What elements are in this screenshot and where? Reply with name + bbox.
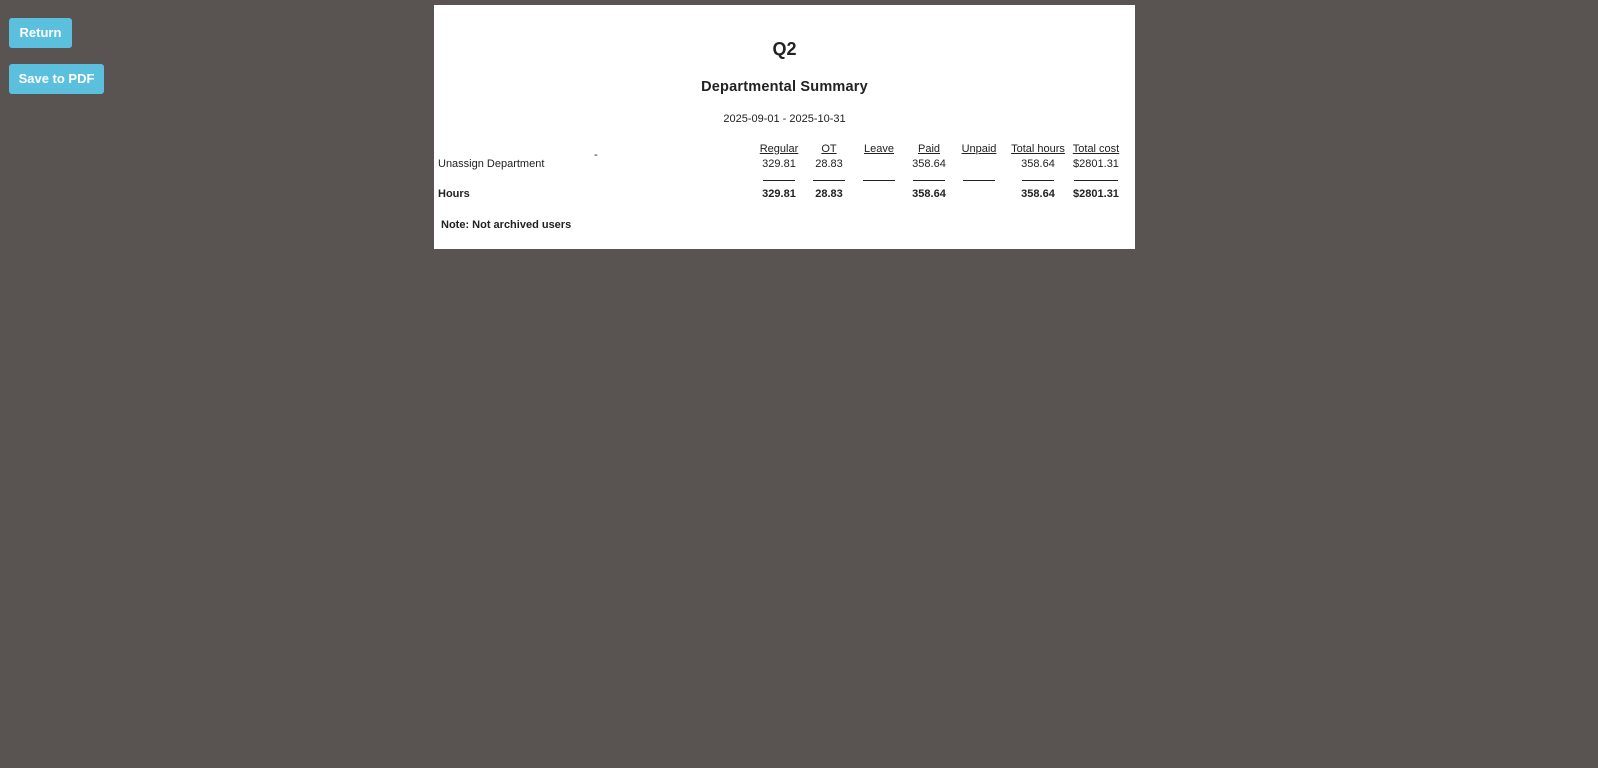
report-subtitle: Departmental Summary	[434, 79, 1135, 95]
total-rule	[813, 180, 845, 181]
save-to-pdf-button[interactable]: Save to PDF	[9, 64, 104, 94]
totals-label: Hours	[438, 188, 470, 200]
total-cell: $2801.31	[1056, 188, 1136, 200]
total-rule	[763, 180, 795, 181]
total-rule	[863, 180, 895, 181]
total-rule	[963, 180, 995, 181]
report-title: Q2	[434, 39, 1135, 60]
date-range: 2025-09-01 - 2025-10-31	[434, 113, 1135, 125]
total-cell: 358.64	[889, 188, 969, 200]
table-cell: $2801.31	[1056, 158, 1136, 170]
group-marker: -	[594, 149, 598, 161]
total-rule	[1074, 180, 1118, 181]
total-rule	[913, 180, 945, 181]
table-cell: 358.64	[889, 158, 969, 170]
total-cell: 28.83	[789, 188, 869, 200]
row-label: Unassign Department	[438, 158, 544, 170]
total-rule	[1022, 180, 1054, 181]
report-sheet: Q2 Departmental Summary 2025-09-01 - 202…	[434, 5, 1135, 249]
table-cell: 28.83	[789, 158, 869, 170]
report-note: Note: Not archived users	[441, 219, 571, 231]
return-button[interactable]: Return	[9, 18, 72, 48]
column-header: Total cost	[1056, 143, 1136, 155]
